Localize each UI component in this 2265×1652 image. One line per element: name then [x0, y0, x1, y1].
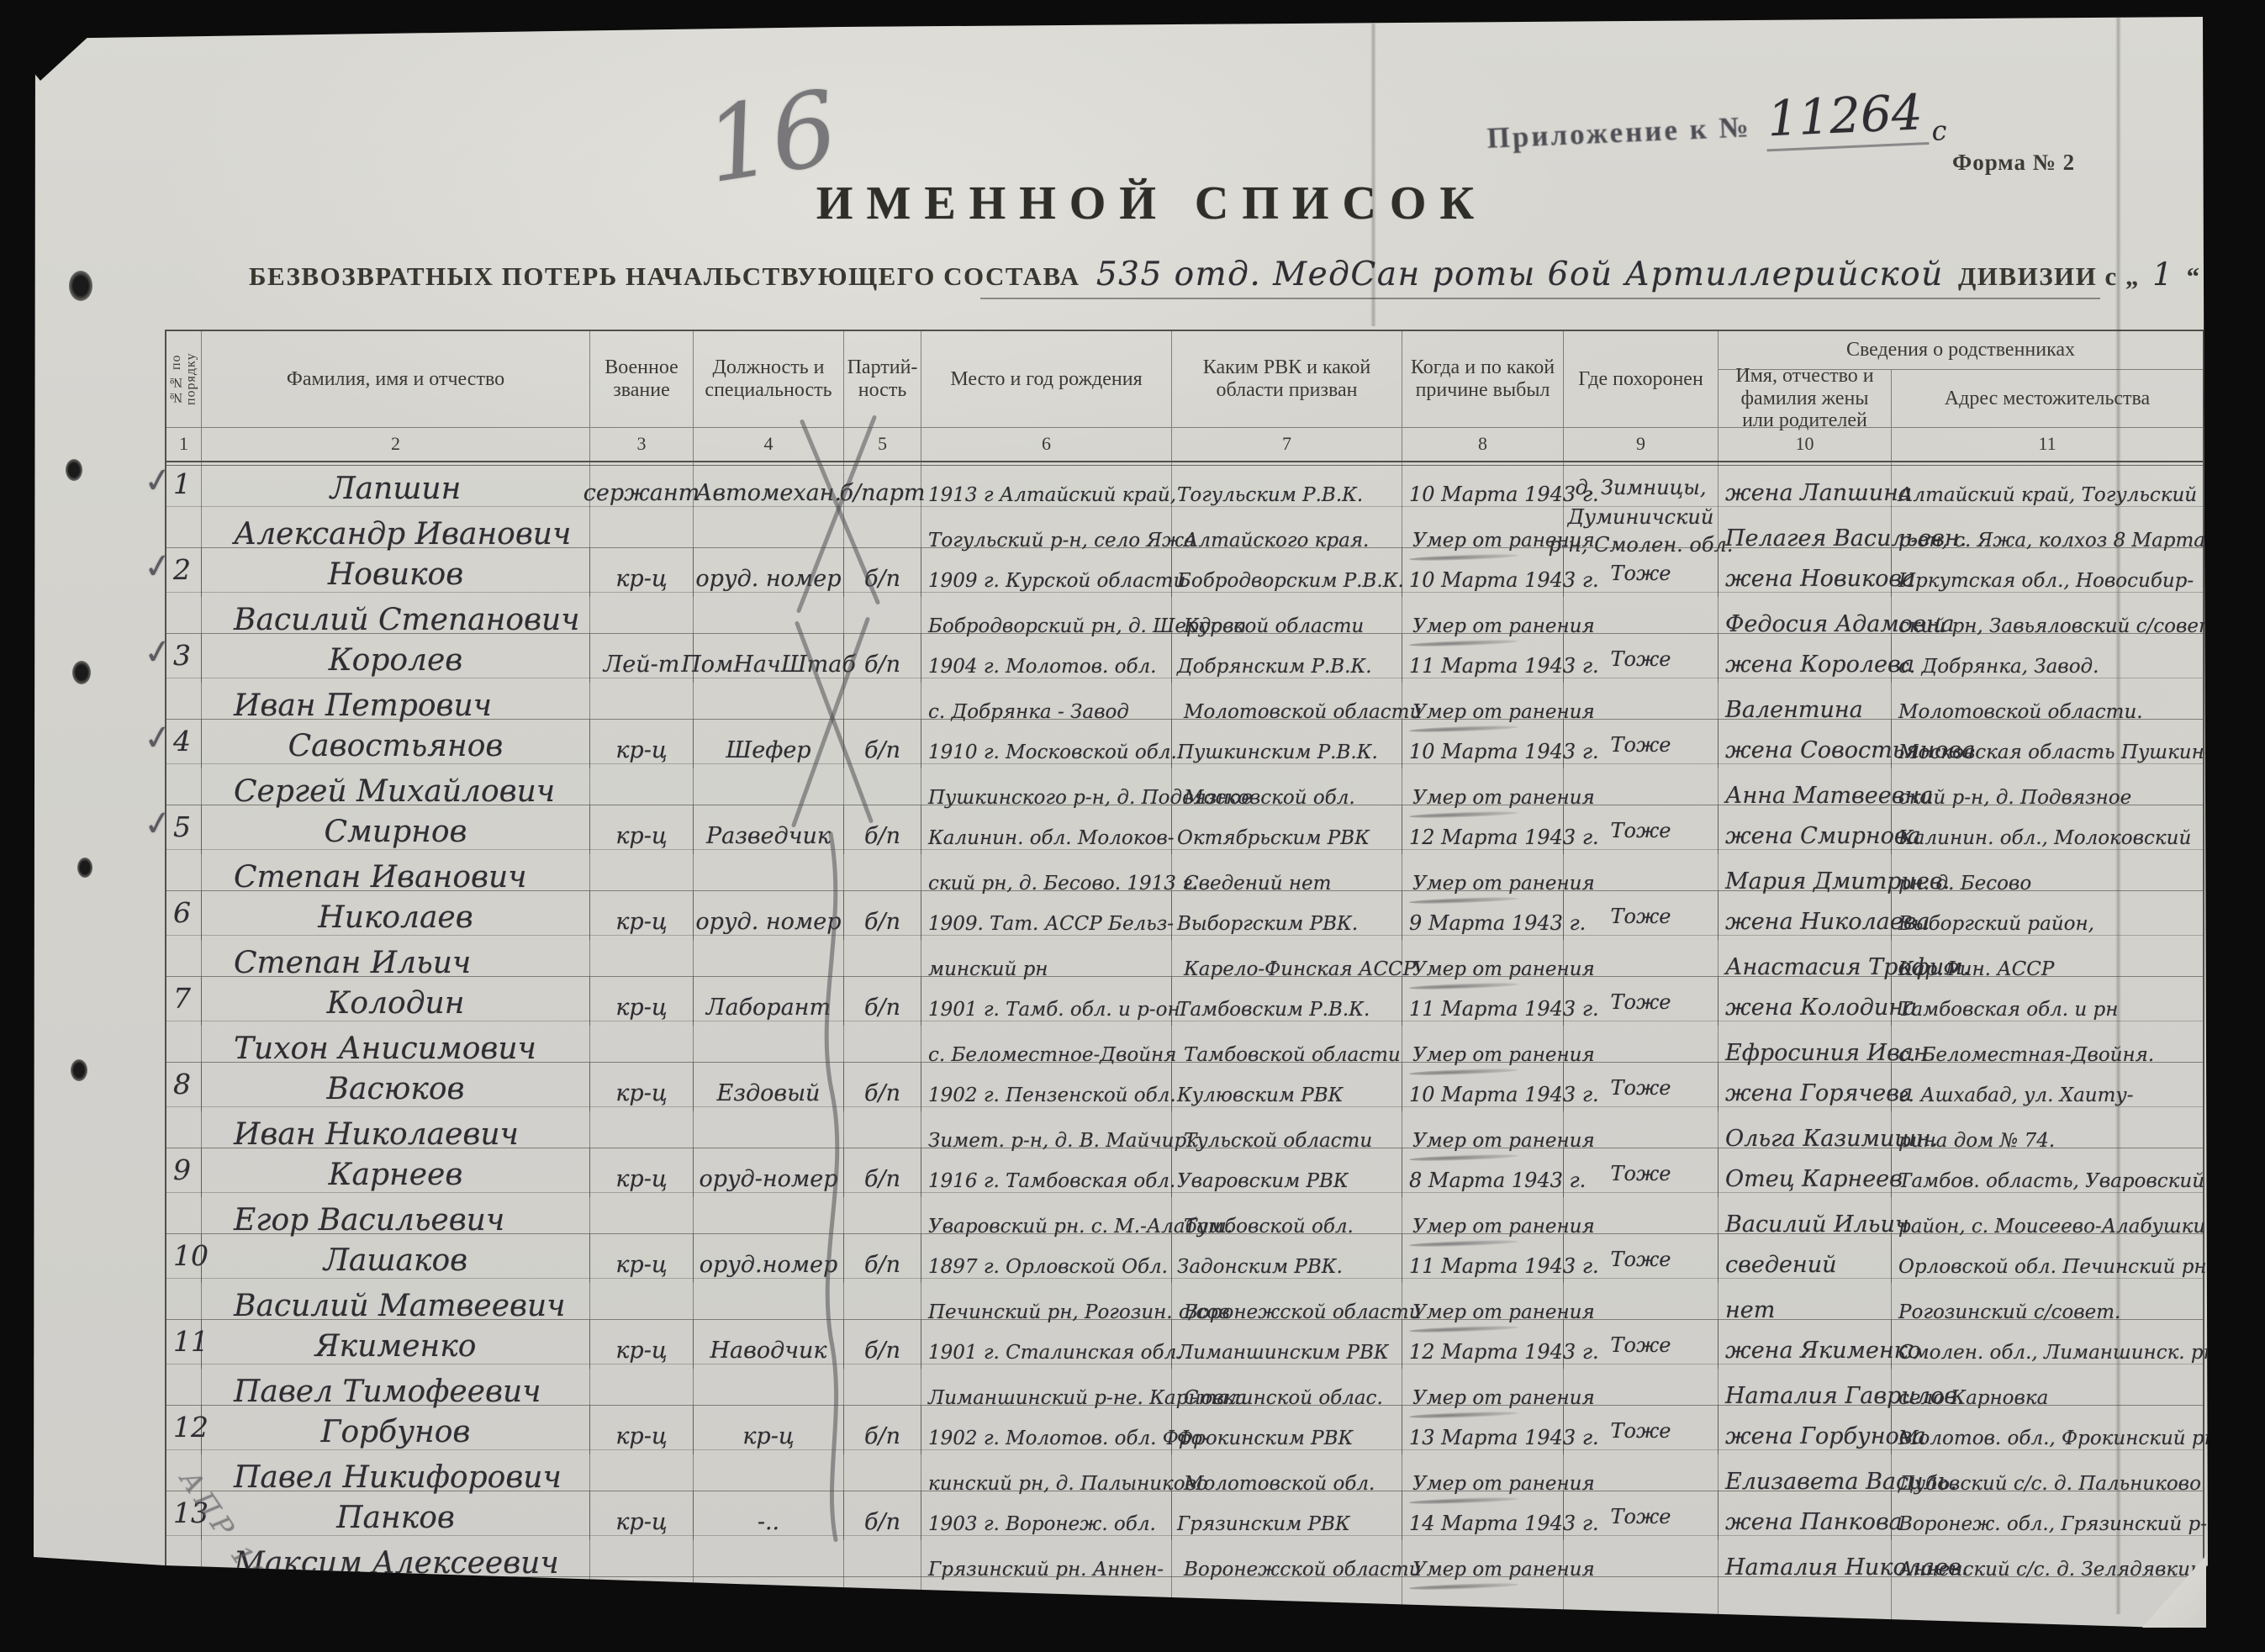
duty-specialty: Автомехан. [694, 462, 843, 510]
col-number: 4 [694, 427, 844, 461]
duty-specialty: оруд.номер [694, 1234, 843, 1282]
draft-office-line1: Уваровским РВК [1172, 1148, 1402, 1196]
row-number: 2 [173, 553, 191, 586]
military-rank: кр-ц [590, 1491, 693, 1539]
duty-specialty: Шефер [694, 720, 843, 768]
casualty-date: 8 Марта 1943 г. [1402, 1148, 1563, 1196]
col-header-fate: Когда и по какой причине выбыл [1402, 331, 1564, 427]
birthplace-line1: 1910 г. Московской обл. [921, 720, 1171, 768]
draft-office-line1: Фрокинским РВК [1172, 1406, 1402, 1454]
table-row: ✓ 11 Якименко Павел Тимофеевич кр-ц Наво… [166, 1320, 2203, 1406]
col-header-name: Фамилия, имя и отчество [202, 331, 590, 427]
col-number: 7 [1172, 427, 1402, 461]
rank-cell: кр-ц [590, 1491, 694, 1626]
burial-line1: Тоже [1564, 1320, 1718, 1361]
relative-line1: жена Совостьянова [1719, 720, 1891, 768]
quote-mark: “ по „ [2187, 261, 2262, 291]
birthplace-line1: 1901 г. Сталинская обл. [921, 1320, 1171, 1368]
address-line2: Анненский с/с. д. Зелядявкино. [1892, 1539, 2203, 1585]
burial-line3 [1564, 1562, 1718, 1590]
military-rank: кр-ц [590, 891, 693, 939]
relative-line1: жена Королева [1719, 634, 1891, 682]
duty-specialty: Разведчик [694, 805, 843, 853]
col-number: 9 [1564, 427, 1719, 461]
burial-line2 [1564, 1447, 1718, 1476]
burial-line1: Тоже [1564, 1063, 1718, 1104]
table-row: ✓ 6 Николаев Степан Ильич кр-ц оруд. ном… [166, 891, 2203, 977]
birthplace-line1: 1901 г. Тамб. обл. и р-он [921, 977, 1171, 1025]
col-number: 3 [590, 427, 694, 461]
address-line1: Калинин. обл., Молоковский [1892, 805, 2203, 853]
surname: Панков [202, 1491, 589, 1539]
draft-office-line1: Грязинским РВК [1172, 1491, 1402, 1539]
burial-line2 [1564, 1533, 1718, 1562]
stamp-text: Приложение к № [1486, 110, 1752, 155]
scanned-document-page: 16 Приложение к № 11264 с Форма № 2 ИМЕН… [0, 0, 2265, 1652]
table-row: ✓ 8 Васюков Иван Николаевич кр-ц Ездовый… [166, 1063, 2203, 1148]
burial-line1: Тоже [1564, 977, 1718, 1018]
stamp-suffix: с [1931, 114, 1948, 147]
duty-specialty: кр-ц [694, 1406, 843, 1454]
burial-line1: Тоже [1564, 1234, 1718, 1275]
col-number: 6 [921, 427, 1172, 461]
row-number: 8 [173, 1068, 191, 1100]
duty-specialty: Ездовый [694, 1063, 843, 1111]
col-header-birth: Место и год рождения [921, 331, 1172, 427]
draft-office-line1: Тамбовским Р.В.К. [1172, 977, 1402, 1025]
table-header: №№ по порядку Фамилия, имя и отчество Во… [166, 331, 2203, 462]
burial-line1: Тоже [1564, 720, 1718, 761]
burial-line1: Тоже [1564, 1491, 1718, 1533]
surname: Новиков [202, 548, 589, 596]
relative-line1: жена Новикова [1719, 548, 1891, 596]
party-status: б/п [844, 891, 921, 939]
birthplace-line1: 1904 г. Молотов. обл. [921, 634, 1171, 682]
burial-line2: Думиничский [1564, 504, 1718, 533]
draft-office-line1: Октябрьским РВК [1172, 805, 1402, 853]
address-line1: Воронеж. обл., Грязинский р-н [1892, 1491, 2203, 1539]
party-status: б/п [844, 720, 921, 768]
row-number: 6 [173, 896, 191, 929]
col-header-number: №№ по порядку [166, 331, 202, 427]
birthplace-line1: 1902 г. Пензенской обл. [921, 1063, 1171, 1111]
party-status: б/парт [844, 462, 921, 510]
birthplace-line1: 1909. Тат. АССР Бельз- [921, 891, 1171, 939]
col-header-relative: Имя, отчество и фамилия жены или родител… [1719, 370, 1892, 427]
address-line1: Тамбов. область, Уваровский [1892, 1148, 2203, 1196]
burial-line1: Тоже [1564, 634, 1718, 675]
table-row: ✓ 2 Новиков Василий Степанович кр-ц оруд… [166, 548, 2203, 634]
draft-office-line1: Тогульским Р.В.К. [1172, 462, 1402, 510]
military-rank: кр-ц [590, 1320, 693, 1368]
surname: Васюков [202, 1063, 589, 1111]
relative-line1: жена Колодина [1719, 977, 1891, 1025]
date-from-handwritten: 1 [2147, 256, 2178, 293]
check-mark: ✓ [141, 545, 175, 588]
col-header-number-label: №№ по порядку [169, 335, 198, 424]
birthplace-line1: 1902 г. Молотов. обл. Фро- [921, 1406, 1171, 1454]
check-mark: ✓ [141, 716, 175, 759]
row-number: 4 [173, 725, 191, 757]
casualty-date: 9 Марта 1943 г. [1402, 891, 1563, 939]
surname: Колодин [202, 977, 589, 1025]
address-line1: с. Добрянка, Завод. [1892, 634, 2203, 682]
address-line1: Московская область Пушкин- [1892, 720, 2203, 768]
casualty-date: 14 Марта 1943 г. [1402, 1491, 1563, 1539]
relative-line1: жена Смирнова [1719, 805, 1891, 853]
document-title: ИМЕННОЙ СПИСОК [799, 177, 1505, 230]
address-line1: Тамбовская обл. и рн [1892, 977, 2203, 1025]
duty-cell: -.. [694, 1491, 844, 1626]
table-body: ✓ 1 Лапшин Александр Иванович сержант Ав… [166, 462, 2203, 1577]
check-mark: ✓ [141, 459, 175, 502]
birthplace-cell: 1903 г. Воронеж. обл. Грязинский рн. Анн… [921, 1491, 1172, 1626]
address-line1: Выборгский район, [1892, 891, 2203, 939]
party-status: б/п [844, 634, 921, 682]
col-number: 5 [844, 427, 921, 461]
document-subtitle: БЕЗВОЗВРАТНЫХ ПОТЕРЬ НАЧАЛЬСТВУЮЩЕГО СОС… [249, 256, 2265, 293]
draft-office-line2: Воронежской области [1172, 1539, 1402, 1585]
burial-line1: Тоже [1564, 891, 1718, 932]
burial-line1: Тоже [1564, 1406, 1718, 1447]
military-rank: кр-ц [590, 1406, 693, 1454]
military-rank: кр-ц [590, 548, 693, 596]
table-row: ✓ 7 Колодин Тихон Анисимович кр-ц Лабора… [166, 977, 2203, 1063]
casualty-date: 11 Марта 1943 г. [1402, 1234, 1563, 1282]
party-status: б/п [844, 1406, 921, 1454]
col-header-duty: Должность и специаль­ность [694, 331, 844, 427]
col-header-party: Партий­ность [844, 331, 921, 427]
surname: Якименко [202, 1320, 589, 1368]
relative-line1: жена Якименко [1719, 1320, 1891, 1368]
burial-line1: Тоже [1564, 805, 1718, 847]
check-mark: ✓ [141, 631, 175, 673]
burial-line2 [1564, 675, 1718, 705]
address-line1: Смолен. обл., Лиманшинск. рн. [1892, 1320, 2203, 1368]
birthplace-line3: ский с/с. д. Гелядявкно. [921, 1585, 1171, 1626]
burial-line2 [1564, 1018, 1718, 1048]
surname: Савостьянов [202, 720, 589, 768]
party-status: б/п [844, 805, 921, 853]
casualty-date: 10 Марта 1943 г. [1402, 548, 1563, 596]
casualty-date: 11 Марта 1943 г. [1402, 634, 1563, 682]
surname: Лашаков [202, 1234, 589, 1282]
casualty-date: 12 Марта 1943 г. [1402, 1320, 1563, 1368]
draft-office-line1: Выборгским РВК. [1172, 891, 1402, 939]
burial-line2 [1564, 1104, 1718, 1133]
duty-specialty: ПомНачШтаб [694, 634, 843, 682]
address-line1: г. Ашхабад, ул. Хаиту- [1892, 1063, 2203, 1111]
party-status: б/п [844, 1148, 921, 1196]
military-rank: кр-ц [590, 805, 693, 853]
row-number: 1 [173, 467, 191, 500]
surname: Королев [202, 634, 589, 682]
duty-specialty: -.. [694, 1491, 843, 1539]
quote-mark: „ [2125, 261, 2140, 291]
duty-specialty: Лаборант [694, 977, 843, 1025]
military-rank: кр-ц [590, 977, 693, 1025]
burial-line2 [1564, 847, 1718, 876]
relative-line1: жена Лапшина [1719, 462, 1891, 510]
table-row: ✓ 13 Панков Максим Алексеевич кр-ц -.. б… [166, 1491, 2203, 1577]
birthplace-line1: 1897 г. Орловской Обл. [921, 1234, 1171, 1282]
table-row: ✓ 9 Карнеев Егор Васильевич кр-ц оруд-но… [166, 1148, 2203, 1234]
draft-office-line1: Бобродворским Р.В.К. [1172, 548, 1402, 596]
unit-name-handwritten: 535 отд. МедСан роты 6ой Артиллерийской [1096, 256, 1944, 293]
address-line1: Алтайский край, Тогульский [1892, 462, 2203, 510]
casualty-cause: Умер от ранения [1402, 1539, 1563, 1585]
draft-office-cell: Грязинским РВК Воронежской области [1172, 1491, 1402, 1626]
table-row: ✓ 1 Лапшин Александр Иванович сержант Ав… [166, 462, 2203, 548]
col-number: 8 [1402, 427, 1564, 461]
col-header-address: Адрес местожительства [1892, 370, 2203, 427]
party-status: б/п [844, 1234, 921, 1282]
col-number: 2 [202, 427, 590, 461]
check-mark: ✓ [141, 802, 175, 845]
casualty-date-cell: 14 Марта 1943 г. Умер от ранения [1402, 1491, 1564, 1626]
party-status: б/п [844, 548, 921, 596]
burial-line2 [1564, 1190, 1718, 1219]
duty-specialty: оруд. номер [694, 548, 843, 596]
casualty-date: 11 Марта 1943 г. [1402, 977, 1563, 1025]
relative-line1: жена Горбунова [1719, 1406, 1891, 1454]
col-number: 10 [1719, 427, 1892, 461]
stamp-number: 11264 [1765, 83, 1930, 151]
birthplace-line1: 1903 г. Воронеж. обл. [921, 1491, 1171, 1539]
relative-line2: Наталия Николаев. [1719, 1539, 1891, 1585]
punch-hole [71, 1059, 87, 1081]
party-status: б/п [844, 977, 921, 1025]
party-cell: б/п [844, 1491, 921, 1626]
punch-hole [69, 271, 92, 301]
paper-sheet: 16 Приложение к № 11264 с Форма № 2 ИМЕН… [0, 0, 2265, 1652]
draft-office-line1: Добрянским Р.В.К. [1172, 634, 1402, 682]
relative-line1: сведений [1719, 1234, 1891, 1282]
col-number: 11 [1892, 427, 2203, 461]
division-label: ДИВИЗИИ с [1958, 261, 2118, 291]
row-number: 9 [173, 1153, 191, 1186]
relative-line1: жена Горячева [1719, 1063, 1891, 1111]
birthplace-line1: 1913 г Алтайский край, [921, 462, 1171, 510]
punch-hole [72, 661, 91, 684]
casualty-date: 12 Марта 1943 г. [1402, 805, 1563, 853]
party-status: б/п [844, 1491, 921, 1539]
burial-line2 [1564, 1361, 1718, 1391]
address-cell: Воронеж. обл., Грязинский р-н Анненский … [1892, 1491, 2203, 1626]
draft-office-line1: Задонским РВК. [1172, 1234, 1402, 1282]
col-header-rank: Военное звание [590, 331, 694, 427]
birthplace-line1: 1909 г. Курской области [921, 548, 1171, 596]
casualty-date: 10 Марта 1943 г. [1402, 720, 1563, 768]
form-number-label: Форма № 2 [1952, 150, 2075, 176]
col-header-rvk: Каким РВК и какой области призван [1172, 331, 1402, 427]
birthplace-line1: 1916 г. Тамбовская обл. [921, 1148, 1171, 1196]
casualty-table: №№ по порядку Фамилия, имя и отчество Во… [165, 330, 2204, 1577]
col-header-buried: Где похоронен [1564, 331, 1719, 427]
military-rank: Лей-т [590, 634, 693, 682]
table-row: ✓ 12 Горбунов Павел Никифорович кр-ц кр-… [166, 1406, 2203, 1491]
relative-line1: жена Панкова [1719, 1491, 1891, 1539]
casualty-date: 13 Марта 1943 г. [1402, 1406, 1563, 1454]
military-rank: кр-ц [590, 1063, 693, 1111]
punch-hole [77, 858, 92, 878]
burial-place-cell: Тоже [1564, 1491, 1719, 1626]
draft-office-line1: Пушкинским Р.В.К. [1172, 720, 1402, 768]
duty-specialty: оруд. номер [694, 891, 843, 939]
attachment-stamp: Приложение к № 11264 с [1486, 82, 1947, 160]
table-row: ✓ 3 Королев Иван Петрович Лей-т ПомНачШт… [166, 634, 2203, 720]
burial-line2 [1564, 1275, 1718, 1305]
birthplace-line2: Грязинский рн. Аннен- [921, 1539, 1171, 1585]
address-line1: Иркутская обл., Новосибир- [1892, 548, 2203, 596]
military-rank: кр-ц [590, 720, 693, 768]
table-row: ✓ 4 Савостьянов Сергей Михайлович кр-ц Ш… [166, 720, 2203, 805]
military-rank: сержант [590, 462, 693, 510]
party-status: б/п [844, 1063, 921, 1111]
row-number: 5 [173, 810, 191, 843]
surname: Горбунов [202, 1406, 589, 1454]
burial-line2 [1564, 761, 1718, 790]
surname: Смирнов [202, 805, 589, 853]
row-number: 7 [173, 982, 191, 1015]
relative-cell: жена Панкова Наталия Николаев. [1719, 1491, 1892, 1626]
punch-hole [66, 459, 82, 481]
burial-line2 [1564, 932, 1718, 962]
draft-office-line1: Лиманшинским РВК [1172, 1320, 1402, 1368]
burial-line1: Тоже [1564, 1148, 1718, 1190]
burial-line1: д. Зимницы, [1564, 462, 1718, 504]
table-row: ✓ 10 Лашаков Василий Матвеевич кр-ц оруд… [166, 1234, 2203, 1320]
subtitle-ruled-line [980, 298, 2100, 299]
relative-line1: Отец Карнеев [1719, 1148, 1891, 1196]
surname: Лапшин [202, 462, 589, 510]
table-row: ✓ 5 Смирнов Степан Иванович кр-ц Разведч… [166, 805, 2203, 891]
col-number: 1 [166, 427, 202, 461]
subtitle-printed-text: БЕЗВОЗВРАТНЫХ ПОТЕРЬ НАЧАЛЬСТВУЮЩЕГО СОС… [249, 261, 1080, 291]
relative-line1: жена Николаева [1719, 891, 1891, 939]
duty-specialty: оруд-номер [694, 1148, 843, 1196]
address-line1: Молотов. обл., Фрокинский рн. [1892, 1406, 2203, 1454]
party-status: б/п [844, 1320, 921, 1368]
duty-specialty: Наводчик [694, 1320, 843, 1368]
birthplace-line1: Калинин. обл. Молоков- [921, 805, 1171, 853]
casualty-date: 10 Марта 1943 г. [1402, 462, 1563, 510]
address-line1: Орловской обл. Печинский рн [1892, 1234, 2203, 1282]
casualty-date: 10 Марта 1943 г. [1402, 1063, 1563, 1111]
burial-line1: Тоже [1564, 548, 1718, 589]
military-rank: кр-ц [590, 1148, 693, 1196]
surname: Николаев [202, 891, 589, 939]
row-number: 3 [173, 639, 191, 672]
surname: Карнеев [202, 1148, 589, 1196]
military-rank: кр-ц [590, 1234, 693, 1282]
burial-line2 [1564, 589, 1718, 619]
draft-office-line1: Кулювским РВК [1172, 1063, 1402, 1111]
